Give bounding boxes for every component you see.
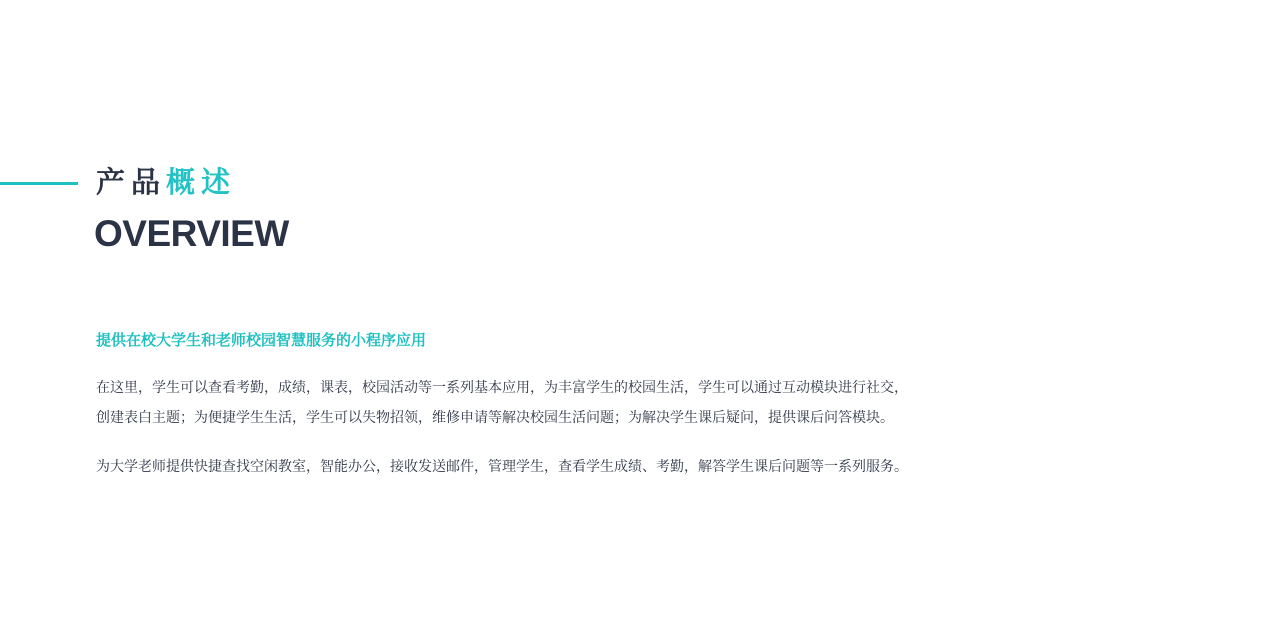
accent-rule bbox=[0, 182, 78, 185]
body-text-block: 在这里，学生可以查看考勤，成绩，课表，校园活动等一系列基本应用，为丰富学生的校园… bbox=[96, 372, 956, 481]
paragraph-line: 在这里，学生可以查看考勤，成绩，课表，校园活动等一系列基本应用，为丰富学生的校园… bbox=[96, 372, 956, 402]
slide-title-zh-primary: 产品 bbox=[96, 167, 166, 199]
slide-title-zh-accent: 概述 bbox=[166, 167, 236, 199]
paragraph-line: 创建表白主题；为便捷学生生活，学生可以失物招领，维修申请等解决校园生活问题；为解… bbox=[96, 402, 956, 432]
paragraph: 为大学老师提供快捷查找空闲教室，智能办公，接收发送邮件，管理学生，查看学生成绩、… bbox=[96, 451, 956, 481]
slide-canvas: 产品概述 OVERVIEW 提供在校大学生和老师校园智慧服务的小程序应用 在这里… bbox=[0, 0, 1280, 634]
paragraph-line: 为大学老师提供快捷查找空闲教室，智能办公，接收发送邮件，管理学生，查看学生成绩、… bbox=[96, 451, 956, 481]
slide-title-en: OVERVIEW bbox=[94, 215, 289, 252]
paragraph: 在这里，学生可以查看考勤，成绩，课表，校园活动等一系列基本应用，为丰富学生的校园… bbox=[96, 372, 956, 432]
slide-title-zh: 产品概述 bbox=[96, 169, 236, 198]
slide-subtitle: 提供在校大学生和老师校园智慧服务的小程序应用 bbox=[96, 329, 426, 350]
